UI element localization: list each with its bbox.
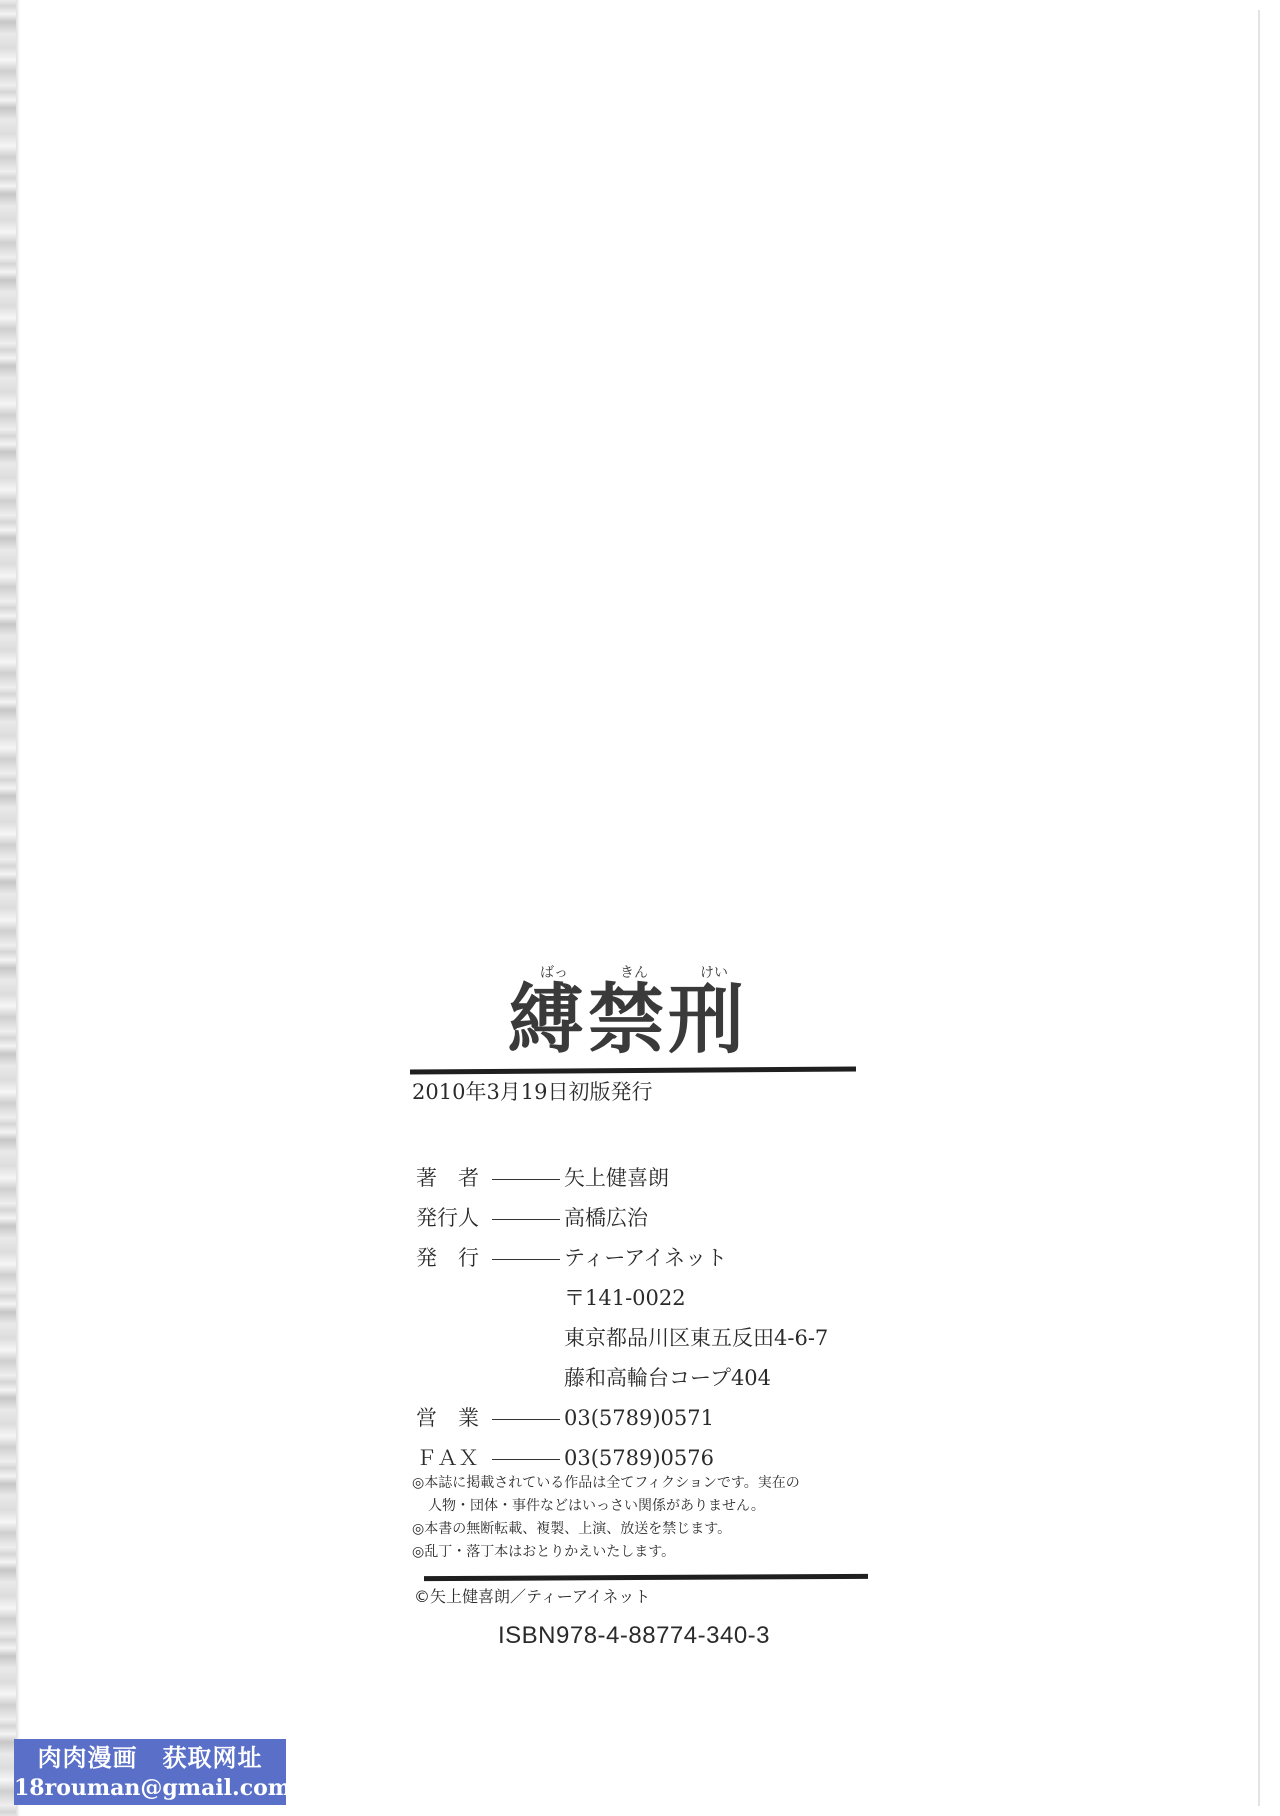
dash [492,1419,560,1420]
author-name: 矢上健喜朗 [564,1158,669,1198]
divider-bottom [424,1574,868,1581]
notice-fiction-cont: 人物・団体・事件などはいっさい関係がありません。 [412,1495,800,1518]
address-line-2: 藤和高輪台コープ404 [416,1358,828,1398]
dash [492,1259,560,1260]
publisher-person-name: 高橋広治 [564,1198,648,1238]
credits: 著 者矢上健喜朗 発行人高橋広治 発 行ティーアイネット 〒141-0022 東… [416,1158,828,1478]
credit-label: 発行人 [416,1198,492,1238]
contact-label: 営 業 [416,1398,492,1438]
credit-label: 著 者 [416,1158,492,1198]
divider-top [410,1066,856,1074]
dash [492,1459,560,1460]
scanned-page-edge-left [0,0,16,1816]
copyright: ©矢上健喜朗／ティーアイネット [414,1584,650,1607]
watermark-banner: 肉肉漫画 获取网址 18rouman@gmail.com [14,1739,286,1805]
isbn: ISBN978-4-88774-340-3 [498,1622,770,1650]
notice-fiction: ◎本誌に掲載されている作品は全てフィクションです。実在の [412,1472,800,1495]
notices: ◎本誌に掲載されている作品は全てフィクションです。実在の 人物・団体・事件などは… [412,1472,800,1564]
credit-publisher-person: 発行人高橋広治 [416,1198,828,1238]
credit-label: 発 行 [416,1238,492,1278]
address-line-1: 東京都品川区東五反田4-6-7 [416,1318,828,1358]
dash [492,1219,560,1220]
publisher-name: ティーアイネット [564,1238,727,1278]
watermark-title: 肉肉漫画 获取网址 [14,1739,286,1775]
dash [492,1179,560,1180]
publication-date: 2010年3月19日初版発行 [412,1076,653,1106]
postal-code: 〒141-0022 [416,1278,828,1318]
scanned-page-edge-right [1258,10,1260,1806]
watermark-email: 18rouman@gmail.com [14,1775,286,1801]
notice-defect: ◎乱丁・落丁本はおとりかえいたします。 [412,1541,800,1564]
credit-author: 著 者矢上健喜朗 [416,1158,828,1198]
sales-phone: 03(5789)0571 [564,1398,714,1438]
contact-sales: 営 業03(5789)0571 [416,1398,828,1438]
book-title: 縛禁刑 [508,980,748,1060]
credit-publisher: 発 行ティーアイネット [416,1238,828,1278]
notice-copy: ◎本書の無断転載、複製、上演、放送を禁じます。 [412,1518,800,1541]
colophon: ばっ きん けい 縛禁刑 2010年3月19日初版発行 著 者矢上健喜朗 発行人… [404,962,864,984]
